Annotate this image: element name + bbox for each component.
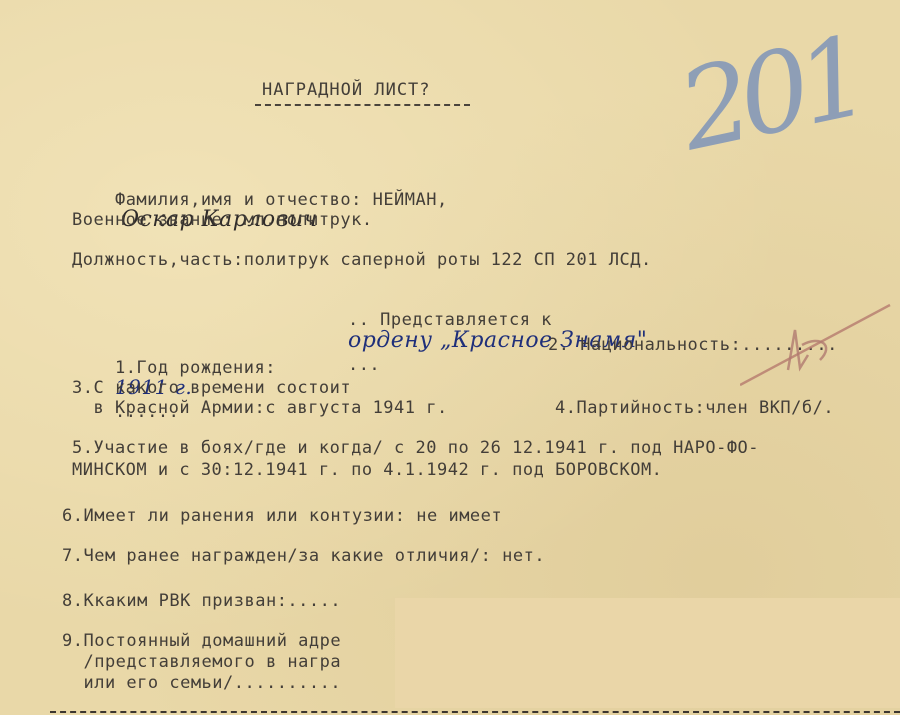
draft-office-field: 8.Ккаким РВК призван:..... — [62, 591, 341, 611]
address-line2: /представляемого в награ — [62, 652, 341, 672]
service-since-line1: 3.С какого времени состоит — [72, 378, 351, 398]
red-pencil-mark-icon — [740, 300, 900, 390]
nomination-label: .. Представляется к — [348, 310, 552, 330]
battles-line1: 5.Участие в боях/где и когда/ с 20 по 26… — [72, 438, 759, 458]
bottom-dashed-rule — [50, 711, 900, 713]
battles-line2: МИНСКОМ и с 30:12.1941 г. по 4.1.1942 г.… — [72, 460, 662, 480]
service-since-line2: в Красной Армии:с августа 1941 г. — [72, 398, 448, 418]
address-line3: или его семьи/.......... — [62, 673, 341, 693]
position-field: Должность,часть:политрук саперной роты 1… — [72, 250, 652, 270]
previous-awards-field: 7.Чем ранее награжден/за какие отличия/:… — [62, 546, 545, 566]
redacted-area — [395, 598, 900, 708]
nomination-dots: ... — [348, 355, 380, 375]
title-underline — [255, 104, 470, 106]
document-title: НАГРАДНОЙ ЛИСТ? — [262, 80, 431, 100]
party-field: 4.Партийность:член ВКП/б/. — [555, 398, 834, 418]
address-line1: 9.Постоянный домашний адре — [62, 631, 341, 651]
archive-number-handwritten: 201 — [669, 13, 872, 176]
rank-field: Военное звание: мл.политрук. — [72, 210, 373, 230]
wounds-field: 6.Имеет ли ранения или контузии: не имее… — [62, 506, 502, 526]
